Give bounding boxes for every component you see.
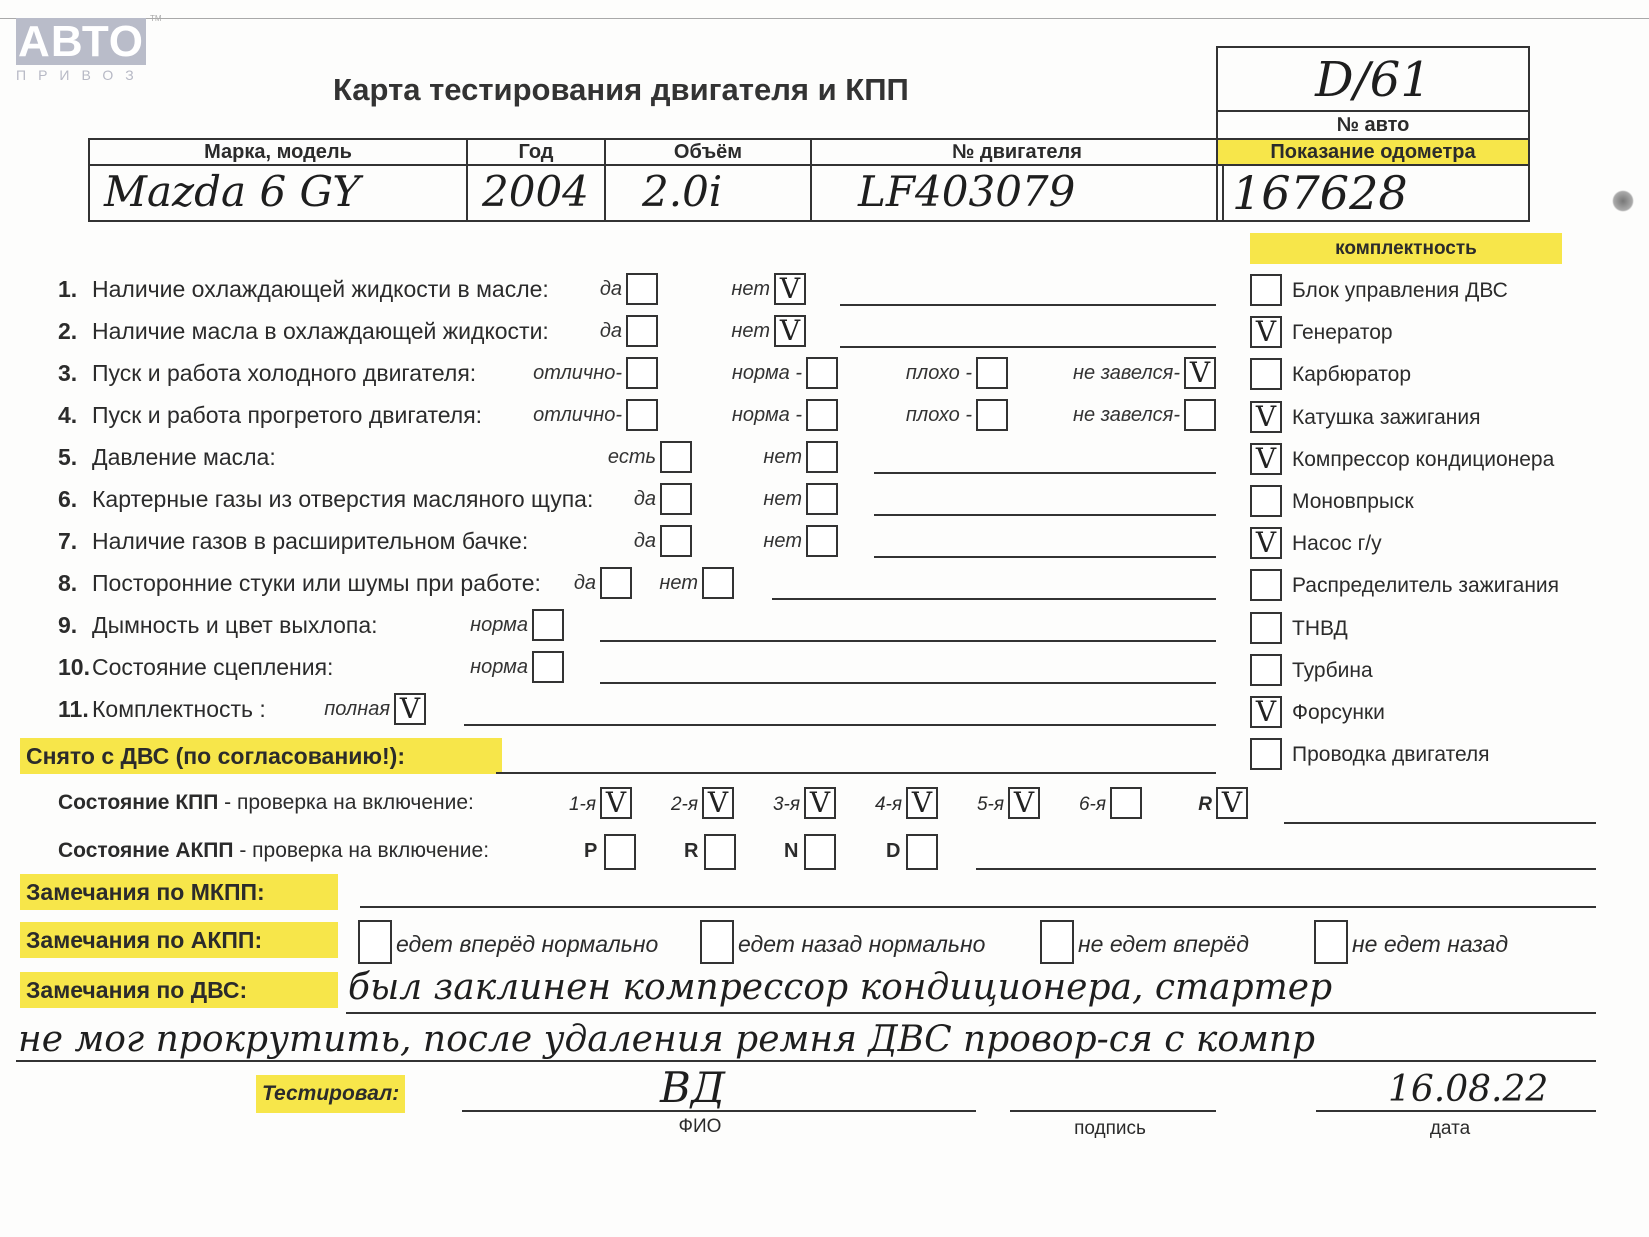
note-line[interactable] [840, 304, 1216, 306]
note-line[interactable] [464, 724, 1216, 726]
option-label: есть [570, 440, 656, 474]
option-checkbox[interactable]: V [394, 693, 426, 725]
check-row: 6.Картерные газы из отверстия масляного … [58, 482, 593, 516]
check-number: 5. [58, 440, 92, 474]
completeness-checkbox[interactable]: V [1250, 527, 1282, 559]
note-line[interactable] [600, 682, 1216, 684]
remarks-dvs-line2[interactable]: не мог прокрутить, после удаления ремня … [18, 1020, 1315, 1060]
completeness-item: Турбина [1292, 654, 1373, 688]
option-checkbox[interactable]: V [774, 315, 806, 347]
completeness-checkbox[interactable] [1250, 569, 1282, 601]
check-row: 1.Наличие охлаждающей жидкости в масле: [58, 272, 549, 306]
check-number: 6. [58, 482, 92, 516]
check-row: 3.Пуск и работа холодного двигателя: [58, 356, 476, 390]
remarks-akpp-label: Замечания по АКПП: [20, 922, 338, 958]
removed-label: Снято с ДВС (по согласованию!): [20, 738, 502, 774]
completeness-checkbox[interactable]: V [1250, 401, 1282, 433]
page-title: Карта тестирования двигателя и КПП [333, 72, 909, 108]
date-field[interactable]: 16.08.22 [1388, 1070, 1548, 1110]
option-label: норма - [700, 398, 802, 432]
akpp-remark-label: не едет назад [1352, 926, 1508, 962]
note-line[interactable] [600, 640, 1216, 642]
tester-name-field[interactable]: ВД [660, 1068, 725, 1108]
completeness-checkbox[interactable]: V [1250, 316, 1282, 348]
option-checkbox[interactable] [806, 399, 838, 431]
gear-label: 5-я [958, 788, 1004, 822]
completeness-checkbox[interactable] [1250, 738, 1282, 770]
make-model-field[interactable]: Mazda 6 GY [90, 166, 466, 220]
check-number: 2. [58, 314, 92, 348]
akpp-remark-checkbox[interactable] [1314, 920, 1348, 964]
odometer-label: Показание одометра [1218, 140, 1528, 166]
check-row: 7.Наличие газов в расширительном бачке: [58, 524, 528, 558]
remarks-dvs-rule-2 [16, 1060, 1596, 1062]
option-checkbox[interactable] [626, 399, 658, 431]
note-line[interactable] [874, 472, 1216, 474]
option-label: норма [420, 650, 528, 684]
option-label: нет [730, 524, 802, 558]
option-checkbox[interactable] [660, 441, 692, 473]
akpp-mode-label: D [886, 834, 900, 868]
option-checkbox[interactable]: V [774, 273, 806, 305]
gear-checkbox[interactable]: V [702, 787, 734, 819]
check-row: 11.Комплектность : [58, 692, 266, 726]
option-checkbox[interactable] [626, 315, 658, 347]
check-label: Посторонние стуки или шумы при работе: [92, 570, 541, 596]
completeness-item: Генератор [1292, 316, 1393, 350]
check-number: 1. [58, 272, 92, 306]
option-checkbox[interactable]: V [1184, 357, 1216, 389]
option-label: полная [280, 692, 390, 726]
name-caption: ФИО [660, 1116, 740, 1138]
completeness-header: комплектность [1250, 233, 1562, 264]
option-checkbox[interactable] [806, 441, 838, 473]
completeness-checkbox[interactable]: V [1250, 696, 1282, 728]
check-row: 2.Наличие масла в охлаждающей жидкости: [58, 314, 549, 348]
check-row: 5.Давление масла: [58, 440, 276, 474]
check-label: Пуск и работа прогретого двигателя: [92, 402, 482, 428]
akpp-remark-label: едет назад нормально [738, 926, 985, 962]
note-line[interactable] [772, 598, 1216, 600]
engine-number-field[interactable]: LF403079 [812, 166, 1222, 220]
gear-label: 4-я [856, 788, 902, 822]
akpp-remark-label: не едет вперёд [1078, 926, 1249, 962]
signature-line[interactable] [1010, 1110, 1216, 1112]
option-checkbox[interactable] [806, 525, 838, 557]
gear-label: 2-я [652, 788, 698, 822]
check-label: Наличие масла в охлаждающей жидкости: [92, 318, 549, 344]
check-label: Состояние сцепления: [92, 654, 333, 680]
option-label: норма [420, 608, 528, 642]
gear-label: 1-я [550, 788, 596, 822]
make-model-label: Марка, модель [90, 140, 466, 166]
option-label: да [536, 566, 596, 600]
gear-label: R [1178, 788, 1212, 822]
removed-input-line[interactable] [496, 772, 1216, 774]
completeness-item: Блок управления ДВС [1292, 274, 1508, 308]
check-number: 3. [58, 356, 92, 390]
check-row: 9.Дымность и цвет выхлопа: [58, 608, 378, 642]
completeness-item: Форсунки [1292, 696, 1385, 730]
make-model-column: Марка, модель Mazda 6 GY [90, 140, 468, 220]
tested-by-label: Тестировал: [256, 1075, 405, 1113]
completeness-item: Карбюратор [1292, 358, 1411, 392]
completeness-item: Распределитель зажигания [1292, 569, 1559, 603]
akpp-label: Состояние АКПП - проверка на включение: [58, 834, 489, 868]
note-line[interactable] [874, 514, 1216, 516]
gear-label: 3-я [754, 788, 800, 822]
check-number: 8. [58, 566, 92, 600]
date-caption: дата [1410, 1118, 1490, 1140]
logo: АВТО [16, 18, 146, 65]
option-checkbox[interactable] [660, 483, 692, 515]
kpp-notes-line[interactable] [1284, 822, 1596, 824]
auto-number-label: № авто [1218, 112, 1528, 140]
option-checkbox[interactable] [976, 357, 1008, 389]
logo-trademark: TM [150, 14, 162, 23]
option-label: нет [628, 566, 698, 600]
check-label: Картерные газы из отверстия масляного щу… [92, 486, 593, 512]
option-label: нет [700, 314, 770, 348]
completeness-item: Насос г/у [1292, 527, 1382, 561]
check-label: Комплектность : [92, 696, 266, 722]
option-label: не завелся- [1022, 356, 1180, 390]
volume-field[interactable]: 2.0i [606, 166, 810, 220]
check-label: Наличие газов в расширительном бачке: [92, 528, 528, 554]
scan-smudge [1612, 190, 1634, 212]
completeness-checkbox[interactable] [1250, 274, 1282, 306]
auto-number-box: D/61 № авто Показание одометра 167628 [1216, 46, 1530, 222]
gear-checkbox[interactable]: V [1008, 787, 1040, 819]
check-label: Наличие охлаждающей жидкости в масле: [92, 276, 549, 302]
auto-number-field[interactable]: D/61 [1218, 48, 1528, 112]
completeness-item: Катушка зажигания [1292, 401, 1480, 435]
option-checkbox[interactable] [532, 651, 564, 683]
note-line[interactable] [840, 346, 1216, 348]
option-label: да [540, 314, 622, 348]
option-checkbox[interactable] [976, 399, 1008, 431]
gear-checkbox[interactable]: V [600, 787, 632, 819]
completeness-item: Проводка двигателя [1292, 738, 1490, 772]
akpp-remark-checkbox[interactable] [700, 920, 734, 964]
option-checkbox[interactable] [702, 567, 734, 599]
engine-number-column: № двигателя LF403079 [812, 140, 1222, 220]
completeness-checkbox[interactable] [1250, 654, 1282, 686]
gear-checkbox[interactable]: V [906, 787, 938, 819]
check-number: 9. [58, 608, 92, 642]
date-line [1316, 1110, 1596, 1112]
volume-column: Объём 2.0i [606, 140, 812, 220]
completeness-checkbox[interactable] [1250, 485, 1282, 517]
scan-edge-line [0, 18, 1649, 19]
check-row: 8.Посторонние стуки или шумы при работе: [58, 566, 541, 600]
option-label: да [540, 272, 622, 306]
option-label: отлично- [500, 356, 622, 390]
akpp-remark-checkbox[interactable] [358, 920, 392, 964]
akpp-notes-line[interactable] [976, 868, 1596, 870]
akpp-mode-label: R [684, 834, 698, 868]
akpp-mode-label: P [584, 834, 597, 868]
akpp-remark-checkbox[interactable] [1040, 920, 1074, 964]
remarks-dvs-rule-1 [346, 1012, 1596, 1014]
option-checkbox[interactable] [626, 273, 658, 305]
gear-checkbox[interactable]: V [1216, 787, 1248, 819]
option-checkbox[interactable] [1184, 399, 1216, 431]
akpp-mode-checkbox[interactable] [906, 834, 938, 870]
completeness-item: Моновпрыск [1292, 485, 1414, 519]
akpp-mode-label: N [784, 834, 798, 868]
check-number: 4. [58, 398, 92, 432]
option-checkbox[interactable] [532, 609, 564, 641]
signature-caption: подпись [1060, 1118, 1160, 1140]
option-label: плохо - [850, 356, 972, 390]
kpp-label: Состояние КПП - проверка на включение: [58, 786, 474, 820]
akpp-remark-label: едет вперёд нормально [396, 926, 658, 962]
check-row: 10.Состояние сцепления: [58, 650, 333, 684]
option-checkbox[interactable] [660, 525, 692, 557]
option-label: нет [730, 440, 802, 474]
check-label: Давление масла: [92, 444, 276, 470]
year-field[interactable]: 2004 [468, 166, 604, 220]
option-checkbox[interactable] [806, 357, 838, 389]
engine-number-label: № двигателя [812, 140, 1222, 166]
remarks-mkpp-label: Замечания по МКПП: [20, 874, 338, 910]
check-row: 4.Пуск и работа прогретого двигателя: [58, 398, 482, 432]
remarks-dvs-label: Замечания по ДВС: [20, 972, 338, 1008]
check-number: 11. [58, 692, 92, 726]
gear-checkbox[interactable] [1110, 787, 1142, 819]
note-line[interactable] [874, 556, 1216, 558]
check-number: 10. [58, 650, 92, 684]
completeness-item: ТНВД [1292, 612, 1348, 646]
year-label: Год [468, 140, 604, 166]
check-number: 7. [58, 524, 92, 558]
akpp-mode-checkbox[interactable] [804, 834, 836, 870]
option-checkbox[interactable] [806, 483, 838, 515]
akpp-mode-checkbox[interactable] [604, 834, 636, 870]
remarks-mkpp-line[interactable] [360, 906, 1596, 908]
remarks-dvs-line1[interactable]: был заклинен компрессор кондиционера, ст… [348, 968, 1332, 1008]
option-label: плохо - [850, 398, 972, 432]
completeness-checkbox[interactable] [1250, 612, 1282, 644]
logo-subtext: ПРИВОЗ [16, 67, 146, 83]
option-label: норма - [700, 356, 802, 390]
option-label: отлично- [500, 398, 622, 432]
vehicle-info-table: Марка, модель Mazda 6 GY Год 2004 Объём … [88, 138, 1224, 222]
completeness-checkbox[interactable]: V [1250, 443, 1282, 475]
completeness-checkbox[interactable] [1250, 358, 1282, 390]
volume-label: Объём [606, 140, 810, 166]
year-column: Год 2004 [468, 140, 606, 220]
option-label: да [570, 524, 656, 558]
option-label: нет [700, 272, 770, 306]
option-label: да [570, 482, 656, 516]
completeness-item: Компрессор кондиционера [1292, 443, 1554, 477]
akpp-mode-checkbox[interactable] [704, 834, 736, 870]
check-label: Дымность и цвет выхлопа: [92, 612, 378, 638]
odometer-field[interactable]: 167628 [1218, 166, 1528, 220]
gear-checkbox[interactable]: V [804, 787, 836, 819]
check-label: Пуск и работа холодного двигателя: [92, 360, 476, 386]
option-label: не завелся- [1022, 398, 1180, 432]
option-label: нет [730, 482, 802, 516]
option-checkbox[interactable] [626, 357, 658, 389]
gear-label: 6-я [1060, 788, 1106, 822]
tester-name-line [462, 1110, 976, 1112]
